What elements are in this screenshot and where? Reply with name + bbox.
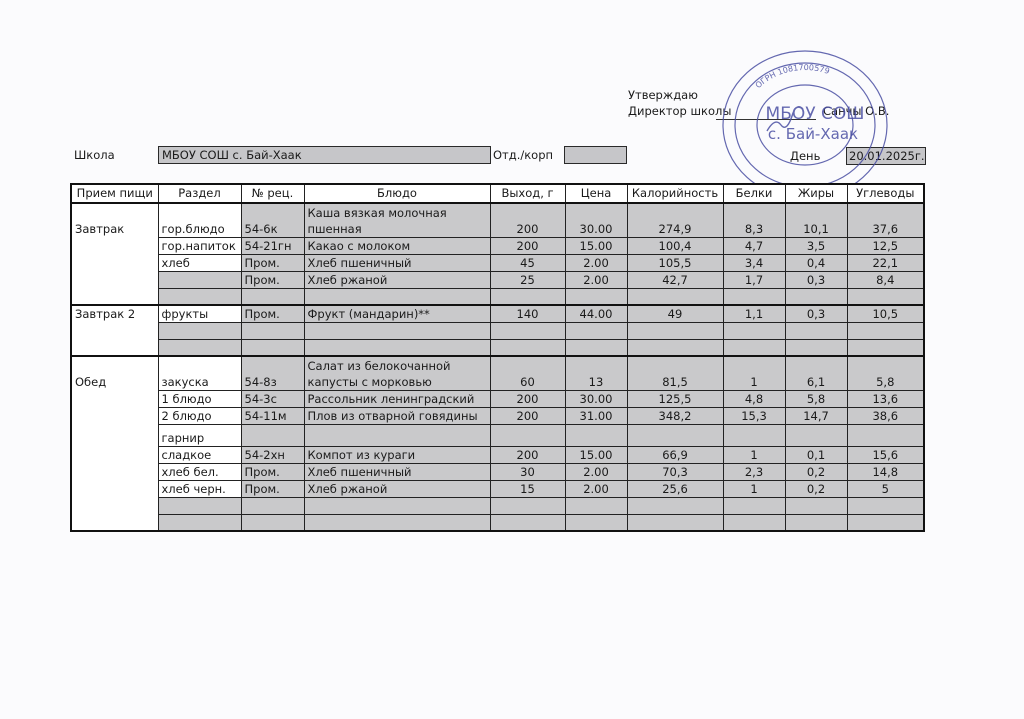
cell-calories: 274,9: [627, 203, 723, 237]
cell-carbs: 15,6: [847, 446, 924, 463]
table-row: [71, 322, 924, 339]
date-field: 20.01.2025г.: [846, 147, 926, 165]
table-row: Завтракгор.блюдо54-6кКаша вязкая молочна…: [71, 203, 924, 237]
cell-yield: 200: [490, 390, 565, 407]
cell-fat: 6,1: [785, 356, 847, 390]
cell-calories: [627, 339, 723, 356]
cell-carbs: [847, 288, 924, 305]
cell-yield: 200: [490, 446, 565, 463]
cell-protein: [723, 514, 785, 531]
cell-protein: 1: [723, 356, 785, 390]
cell-section: [158, 497, 241, 514]
signature-line: [716, 119, 816, 120]
approval-role: Директор школы: [628, 104, 731, 118]
column-header-yield: Выход, г: [490, 184, 565, 203]
school-stamp-icon: МБОУ СОШ с. Бай-Хаак ОГРН 1081700579: [705, 45, 895, 205]
cell-calories: [627, 514, 723, 531]
cell-fat: [785, 339, 847, 356]
cell-calories: 105,5: [627, 254, 723, 271]
svg-text:с. Бай-Хаак: с. Бай-Хаак: [768, 125, 858, 143]
cell-section: хлеб: [158, 254, 241, 271]
cell-protein: 8,3: [723, 203, 785, 237]
cell-yield: 30: [490, 463, 565, 480]
cell-section: закуска: [158, 356, 241, 390]
cell-fat: 0,2: [785, 463, 847, 480]
cell-section: [158, 514, 241, 531]
cell-protein: [723, 339, 785, 356]
cell-section: [158, 322, 241, 339]
director-name: Санчы О.В.: [823, 104, 889, 118]
cell-recipe: Пром.: [241, 480, 304, 497]
cell-recipe: Пром.: [241, 254, 304, 271]
cell-dish: Хлеб ржаной: [304, 271, 490, 288]
cell-calories: 42,7: [627, 271, 723, 288]
table-row: Обедзакуска54-8зСалат из белокочанной ка…: [71, 356, 924, 390]
cell-protein: 1,7: [723, 271, 785, 288]
cell-calories: [627, 322, 723, 339]
cell-section: гор.напиток: [158, 237, 241, 254]
column-header-fat: Жиры: [785, 184, 847, 203]
table-row: гор.напиток54-21гнКакао с молоком20015.0…: [71, 237, 924, 254]
cell-price: [565, 514, 627, 531]
cell-dish: [304, 322, 490, 339]
cell-protein: 15,3: [723, 407, 785, 424]
cell-protein: [723, 322, 785, 339]
cell-protein: [723, 424, 785, 446]
cell-carbs: 8,4: [847, 271, 924, 288]
table-row: [71, 288, 924, 305]
cell-carbs: [847, 339, 924, 356]
table-row: Пром.Хлеб ржаной252.0042,71,70,38,4: [71, 271, 924, 288]
cell-recipe: [241, 322, 304, 339]
cell-fat: 0,4: [785, 254, 847, 271]
column-header-meal: Прием пищи: [71, 184, 158, 203]
approval-title: Утверждаю: [628, 88, 698, 102]
meal-label: Завтрак 2: [75, 307, 155, 322]
cell-dish: [304, 514, 490, 531]
cell-price: [565, 497, 627, 514]
cell-dish: Каша вязкая молочная пшенная: [304, 203, 490, 237]
menu-table: Прием пищиРаздел№ рец.БлюдоВыход, гЦенаК…: [70, 183, 925, 532]
column-header-recipe: № рец.: [241, 184, 304, 203]
meal-name: Обед: [71, 356, 158, 531]
cell-section: 2 блюдо: [158, 407, 241, 424]
table-row: [71, 339, 924, 356]
cell-protein: [723, 497, 785, 514]
cell-price: [565, 322, 627, 339]
column-header-calories: Калорийность: [627, 184, 723, 203]
table-header-row: Прием пищиРаздел№ рец.БлюдоВыход, гЦенаК…: [71, 184, 924, 203]
cell-section: гор.блюдо: [158, 203, 241, 237]
cell-yield: [490, 322, 565, 339]
cell-dish: [304, 288, 490, 305]
cell-section: хлеб бел.: [158, 463, 241, 480]
cell-carbs: [847, 322, 924, 339]
cell-carbs: 22,1: [847, 254, 924, 271]
cell-carbs: 5: [847, 480, 924, 497]
cell-fat: 0,2: [785, 480, 847, 497]
cell-price: 30.00: [565, 203, 627, 237]
cell-recipe: Пром.: [241, 305, 304, 322]
day-label: День: [790, 149, 820, 163]
cell-carbs: 37,6: [847, 203, 924, 237]
cell-recipe: 54-3с: [241, 390, 304, 407]
cell-fat: 5,8: [785, 390, 847, 407]
cell-price: 15.00: [565, 446, 627, 463]
cell-recipe: Пром.: [241, 463, 304, 480]
cell-price: 31.00: [565, 407, 627, 424]
cell-calories: 81,5: [627, 356, 723, 390]
cell-protein: 3,4: [723, 254, 785, 271]
cell-dish: Фрукт (мандарин)**: [304, 305, 490, 322]
cell-calories: 66,9: [627, 446, 723, 463]
cell-dish: Хлеб пшеничный: [304, 463, 490, 480]
column-header-price: Цена: [565, 184, 627, 203]
cell-price: 13: [565, 356, 627, 390]
table-row: 1 блюдо54-3сРассольник ленинградский2003…: [71, 390, 924, 407]
cell-section: сладкое: [158, 446, 241, 463]
cell-recipe: 54-21гн: [241, 237, 304, 254]
school-label: Школа: [74, 148, 115, 162]
cell-calories: [627, 497, 723, 514]
cell-carbs: 13,6: [847, 390, 924, 407]
cell-carbs: [847, 424, 924, 446]
cell-protein: [723, 288, 785, 305]
cell-section: [158, 339, 241, 356]
cell-dish: Хлеб ржаной: [304, 480, 490, 497]
cell-fat: [785, 322, 847, 339]
cell-price: 2.00: [565, 480, 627, 497]
column-header-dish: Блюдо: [304, 184, 490, 203]
cell-yield: 200: [490, 407, 565, 424]
cell-carbs: [847, 514, 924, 531]
cell-yield: 140: [490, 305, 565, 322]
cell-carbs: 38,6: [847, 407, 924, 424]
meal-label: Обед: [75, 375, 155, 390]
cell-fat: [785, 514, 847, 531]
table-row: сладкое54-2хнКомпот из кураги20015.0066,…: [71, 446, 924, 463]
cell-recipe: 54-2хн: [241, 446, 304, 463]
cell-section: фрукты: [158, 305, 241, 322]
cell-price: 2.00: [565, 463, 627, 480]
cell-protein: 1,1: [723, 305, 785, 322]
table-row: хлеб черн.Пром.Хлеб ржаной152.0025,610,2…: [71, 480, 924, 497]
cell-section: [158, 288, 241, 305]
cell-dish: Рассольник ленинградский: [304, 390, 490, 407]
table-row: хлебПром.Хлеб пшеничный452.00105,53,40,4…: [71, 254, 924, 271]
cell-recipe: [241, 339, 304, 356]
cell-section: [158, 271, 241, 288]
school-field: МБОУ СОШ с. Бай-Хаак: [158, 146, 491, 164]
meal-name: Завтрак 2: [71, 305, 158, 356]
cell-yield: 200: [490, 237, 565, 254]
cell-fat: 0,1: [785, 446, 847, 463]
table-row: [71, 514, 924, 531]
column-header-section: Раздел: [158, 184, 241, 203]
cell-dish: Компот из кураги: [304, 446, 490, 463]
dept-field: [564, 146, 627, 164]
table-row: гарнир: [71, 424, 924, 446]
table-row: [71, 497, 924, 514]
cell-dish: Плов из отварной говядины: [304, 407, 490, 424]
meal-name: Завтрак: [71, 203, 158, 305]
cell-dish: [304, 424, 490, 446]
cell-recipe: 54-11м: [241, 407, 304, 424]
cell-calories: [627, 288, 723, 305]
cell-dish: Салат из белокочанной капусты с морковью: [304, 356, 490, 390]
cell-carbs: 10,5: [847, 305, 924, 322]
cell-fat: 10,1: [785, 203, 847, 237]
cell-fat: 0,3: [785, 271, 847, 288]
cell-price: 30.00: [565, 390, 627, 407]
cell-protein: 4,8: [723, 390, 785, 407]
cell-recipe: 54-8з: [241, 356, 304, 390]
cell-recipe: [241, 497, 304, 514]
cell-protein: 2,3: [723, 463, 785, 480]
cell-calories: 25,6: [627, 480, 723, 497]
cell-yield: [490, 339, 565, 356]
cell-dish: [304, 497, 490, 514]
cell-price: 44.00: [565, 305, 627, 322]
cell-carbs: [847, 497, 924, 514]
cell-carbs: 14,8: [847, 463, 924, 480]
cell-fat: 14,7: [785, 407, 847, 424]
cell-fat: [785, 288, 847, 305]
cell-yield: 15: [490, 480, 565, 497]
cell-carbs: 5,8: [847, 356, 924, 390]
table-row: хлеб бел.Пром.Хлеб пшеничный302.0070,32,…: [71, 463, 924, 480]
cell-recipe: [241, 288, 304, 305]
cell-price: [565, 339, 627, 356]
cell-carbs: 12,5: [847, 237, 924, 254]
cell-recipe: [241, 514, 304, 531]
cell-calories: [627, 424, 723, 446]
column-header-carbs: Углеводы: [847, 184, 924, 203]
cell-yield: 45: [490, 254, 565, 271]
cell-dish: [304, 339, 490, 356]
cell-fat: [785, 424, 847, 446]
cell-calories: 100,4: [627, 237, 723, 254]
cell-calories: 70,3: [627, 463, 723, 480]
table-row: Завтрак 2фруктыПром.Фрукт (мандарин)**14…: [71, 305, 924, 322]
cell-yield: 25: [490, 271, 565, 288]
cell-recipe: Пром.: [241, 271, 304, 288]
cell-price: 15.00: [565, 237, 627, 254]
cell-section: хлеб черн.: [158, 480, 241, 497]
dept-label: Отд./корп: [493, 148, 553, 162]
cell-protein: 1: [723, 446, 785, 463]
svg-text:ОГРН 1081700579: ОГРН 1081700579: [754, 63, 831, 90]
cell-protein: 4,7: [723, 237, 785, 254]
cell-yield: [490, 497, 565, 514]
cell-yield: 60: [490, 356, 565, 390]
cell-fat: 0,3: [785, 305, 847, 322]
cell-recipe: [241, 424, 304, 446]
cell-yield: [490, 514, 565, 531]
cell-recipe: 54-6к: [241, 203, 304, 237]
cell-section: гарнир: [158, 424, 241, 446]
meal-label: Завтрак: [75, 222, 155, 237]
cell-price: 2.00: [565, 271, 627, 288]
cell-yield: [490, 288, 565, 305]
cell-yield: [490, 424, 565, 446]
cell-fat: 3,5: [785, 237, 847, 254]
cell-price: [565, 424, 627, 446]
cell-calories: 348,2: [627, 407, 723, 424]
cell-fat: [785, 497, 847, 514]
cell-calories: 125,5: [627, 390, 723, 407]
cell-section: 1 блюдо: [158, 390, 241, 407]
cell-protein: 1: [723, 480, 785, 497]
cell-dish: Хлеб пшеничный: [304, 254, 490, 271]
cell-yield: 200: [490, 203, 565, 237]
cell-dish: Какао с молоком: [304, 237, 490, 254]
column-header-protein: Белки: [723, 184, 785, 203]
cell-calories: 49: [627, 305, 723, 322]
table-row: 2 блюдо54-11мПлов из отварной говядины20…: [71, 407, 924, 424]
cell-price: [565, 288, 627, 305]
cell-price: 2.00: [565, 254, 627, 271]
